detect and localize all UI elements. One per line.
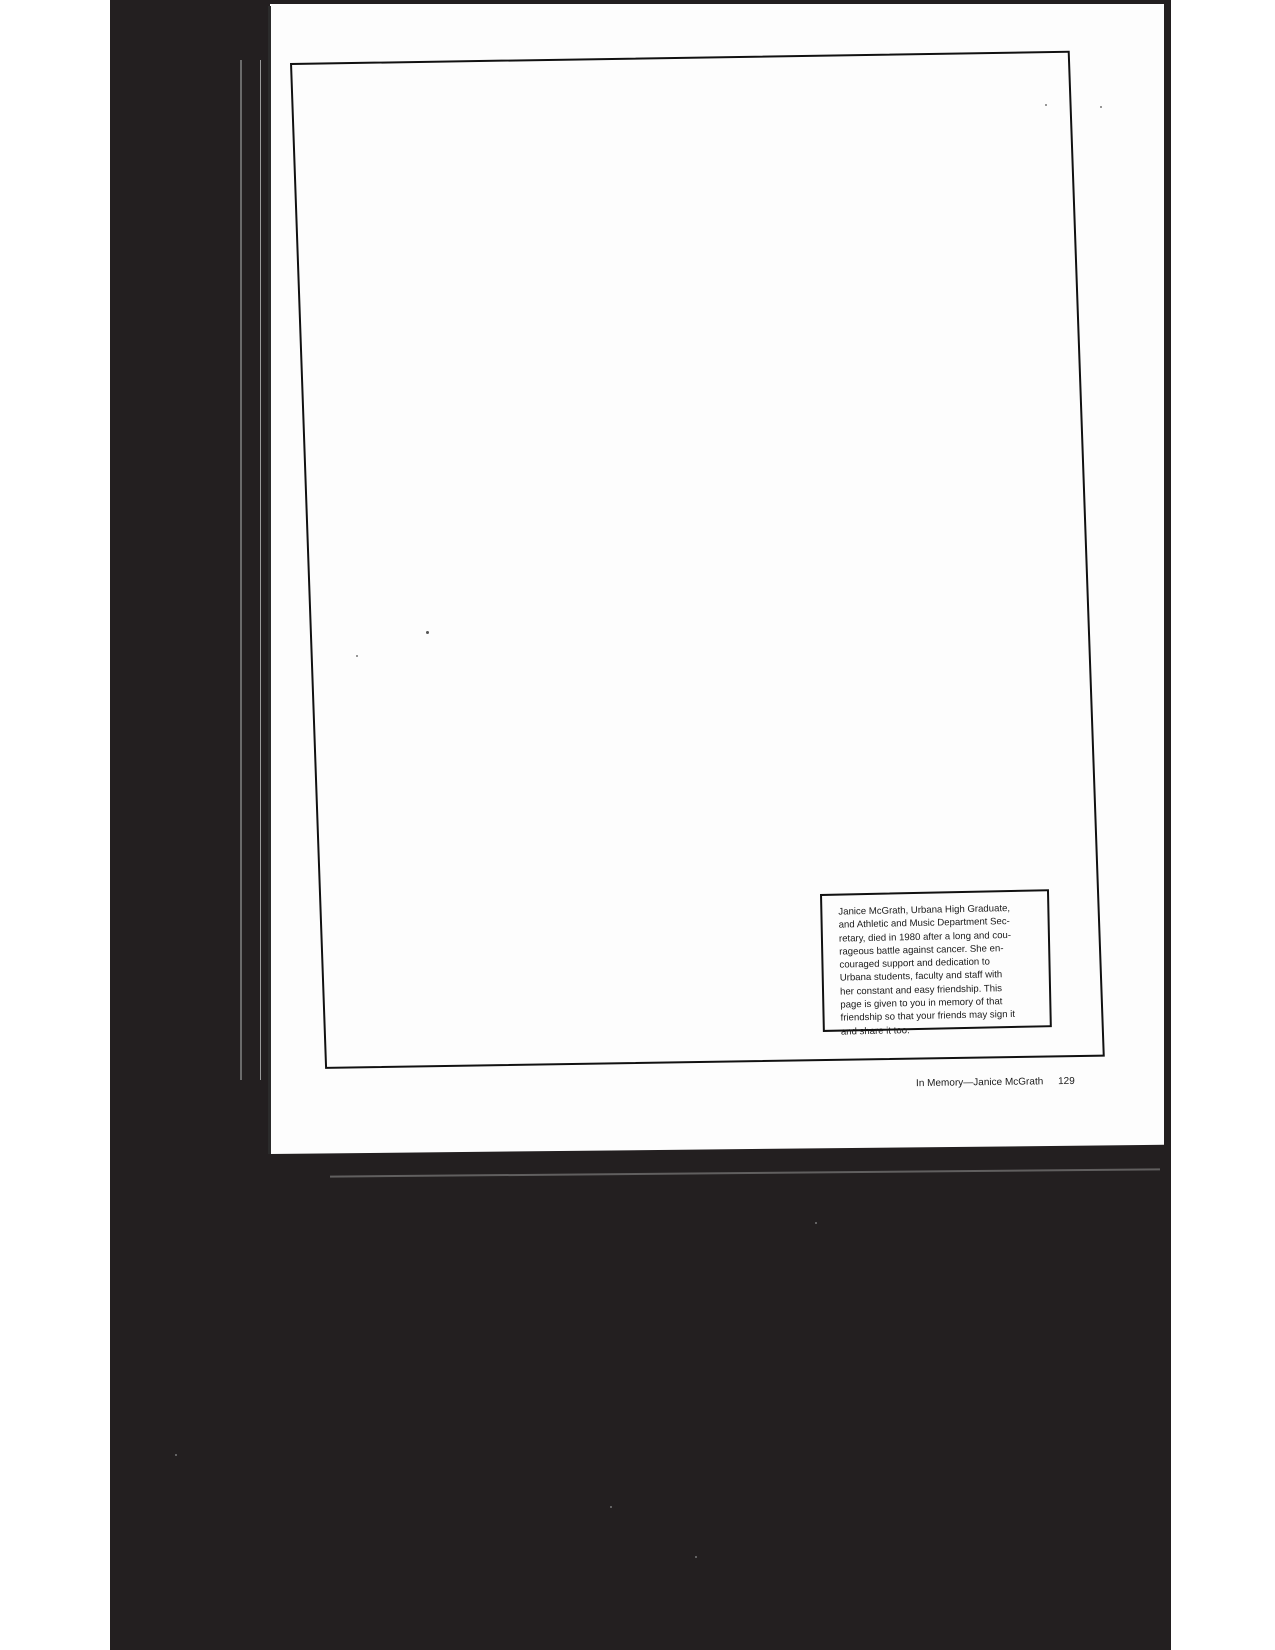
book-binding: [240, 60, 261, 1080]
dust-speck: [815, 1222, 817, 1224]
dust-speck: [175, 1454, 177, 1456]
page-gutter-line: [268, 6, 271, 1154]
ink-speck: [356, 655, 358, 657]
dust-speck: [610, 1506, 612, 1508]
footer-title: In Memory—Janice McGrath: [916, 1076, 1043, 1089]
ink-speck: [1045, 104, 1047, 106]
ink-speck: [426, 631, 429, 634]
memorial-caption-text: Janice McGrath, Urbana High Graduate, an…: [838, 901, 1039, 1038]
memorial-caption-box: Janice McGrath, Urbana High Graduate, an…: [820, 889, 1052, 1032]
dust-speck: [695, 1556, 697, 1558]
page-number: 129: [1058, 1076, 1075, 1087]
scanner-edge: [1163, 0, 1171, 1650]
ink-speck: [1100, 106, 1102, 108]
page-footer: In Memory—Janice McGrath 129: [916, 1076, 1075, 1089]
